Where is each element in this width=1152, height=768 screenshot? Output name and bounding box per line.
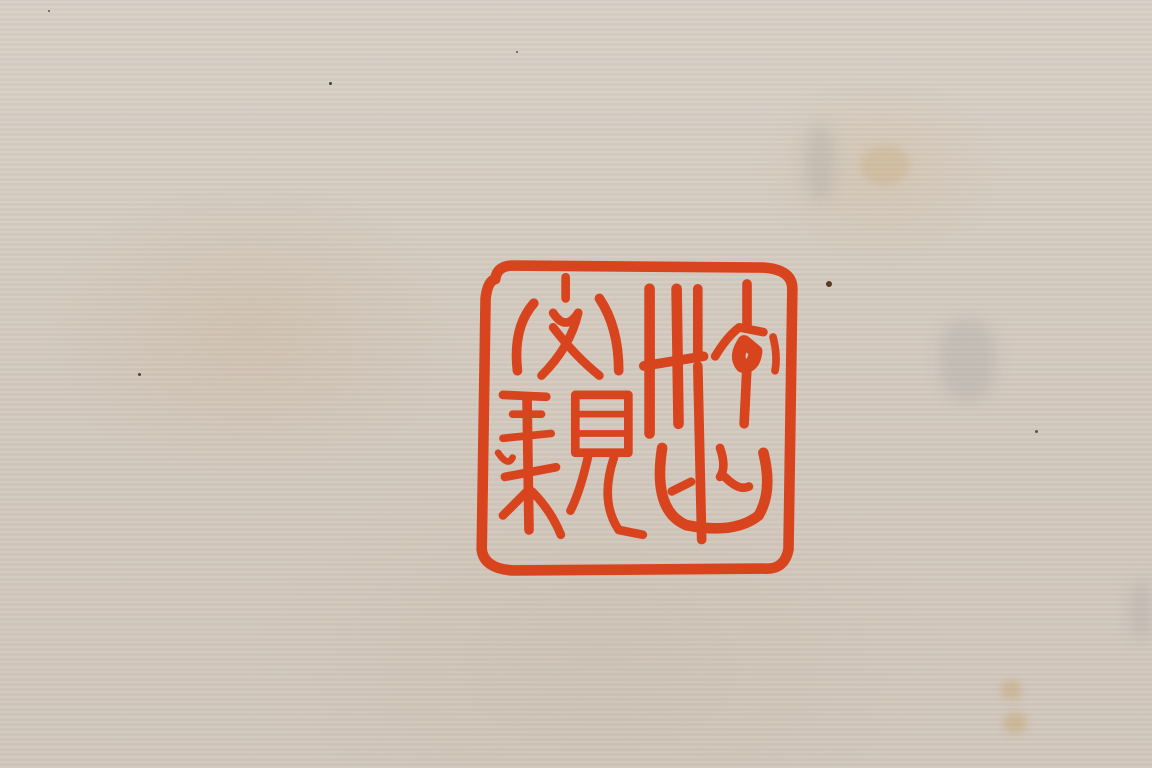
paper-stain [1003, 712, 1027, 734]
seal-glyphs-icon [474, 258, 802, 580]
paper-speck [48, 10, 50, 12]
paper-speck [1035, 430, 1038, 433]
paper-speck [138, 373, 141, 376]
paper-stain [1000, 680, 1022, 700]
paper-smudge [940, 320, 995, 400]
paper-speck [826, 281, 832, 287]
red-seal-stamp: 松 文 親 [474, 258, 802, 580]
paper-speck [329, 82, 332, 85]
paper-smudge [1130, 580, 1152, 640]
paper-stain [860, 145, 910, 185]
paper-speck [516, 51, 518, 53]
paper-smudge [805, 125, 835, 200]
